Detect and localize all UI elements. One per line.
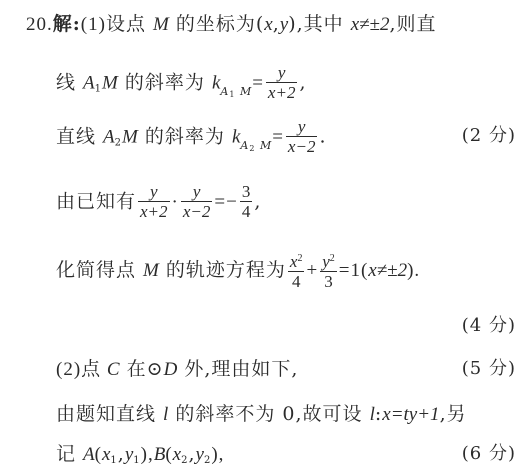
score-2: (2 分) bbox=[462, 124, 516, 148]
text: ),其中 bbox=[288, 13, 351, 35]
fraction-x2-4: x24 bbox=[288, 250, 305, 292]
text: 的坐标为( bbox=[169, 13, 264, 35]
paren: ( bbox=[165, 444, 172, 465]
sub-M: M bbox=[240, 85, 252, 98]
line-equation: x=ty+1 bbox=[382, 404, 439, 425]
comma: , bbox=[254, 191, 261, 213]
score-5: (5 分) bbox=[462, 357, 516, 381]
var-x: x bbox=[264, 14, 272, 35]
equals: = bbox=[272, 127, 284, 148]
var-M: M bbox=[153, 14, 169, 35]
close: ). bbox=[407, 260, 420, 281]
condition: x≠±2 bbox=[368, 260, 407, 281]
power: 2 bbox=[330, 253, 335, 264]
subscript: 1 bbox=[110, 455, 117, 466]
var-C: C bbox=[107, 359, 120, 380]
score-6: (6 分) bbox=[462, 442, 516, 466]
denominator: 3 bbox=[320, 272, 337, 292]
text: 的斜率不为 0,故可设 bbox=[168, 403, 369, 425]
text: 线 bbox=[56, 72, 83, 94]
var-A: A bbox=[103, 127, 115, 148]
var-M: M bbox=[122, 127, 138, 148]
sub-1: 1 bbox=[229, 90, 235, 99]
period: . bbox=[319, 126, 326, 148]
solution-label: 解 bbox=[53, 13, 73, 35]
fraction-3: 34 bbox=[240, 183, 253, 222]
var-x: x bbox=[173, 444, 181, 465]
text: (2)点 bbox=[56, 359, 107, 380]
var-M: M bbox=[102, 73, 118, 94]
text: 化简得点 bbox=[56, 259, 143, 281]
text: 外,理由如下, bbox=[177, 358, 298, 380]
line-3: 直线 A2M 的斜率为 kA2 M=yx−2. bbox=[56, 118, 327, 161]
fraction-y2-3: y23 bbox=[320, 250, 337, 292]
line-2: 线 A1M 的斜率为 kA1 M=yx+2, bbox=[56, 64, 307, 107]
fraction: yx−2 bbox=[286, 118, 318, 157]
var-D: D bbox=[164, 359, 178, 380]
power: 2 bbox=[297, 253, 302, 264]
var-M: M bbox=[143, 260, 159, 281]
text: 在⊙ bbox=[120, 358, 164, 380]
paren: ), bbox=[141, 444, 154, 465]
var-B: B bbox=[154, 444, 166, 465]
subscript: 1 bbox=[95, 84, 102, 95]
var-y: y bbox=[322, 252, 330, 271]
line-4: 由已知有yx+2·yx−2=−34, bbox=[56, 183, 261, 222]
numerator: y2 bbox=[320, 250, 337, 272]
var-A: A bbox=[83, 444, 95, 465]
line-9: 记 A(x1,y1),B(x2,y2), bbox=[56, 442, 224, 473]
line-7: (2)点 C 在⊙D 外,理由如下, bbox=[56, 357, 298, 382]
var-y: y bbox=[196, 444, 204, 465]
denominator: 4 bbox=[288, 272, 305, 292]
plus: + bbox=[306, 260, 318, 281]
numerator: y bbox=[266, 64, 298, 83]
line-5: 化简得点 M 的轨迹方程为x24+y23=1(x≠±2). bbox=[56, 250, 420, 292]
denominator: x+2 bbox=[138, 202, 170, 222]
text: 的斜率为 bbox=[118, 72, 212, 94]
numerator: y bbox=[286, 118, 318, 137]
denominator: 4 bbox=[240, 202, 253, 222]
paren: ( bbox=[95, 444, 102, 465]
text: ,则直 bbox=[389, 13, 436, 35]
text: 直线 bbox=[56, 126, 103, 148]
text: 由已知有 bbox=[56, 191, 136, 213]
text: 的轨迹方程为 bbox=[159, 259, 286, 281]
comma: , bbox=[118, 443, 125, 465]
text: 由题知直线 bbox=[56, 403, 163, 425]
score-4: (4 分) bbox=[462, 314, 516, 338]
comma: , bbox=[299, 72, 306, 94]
comma: , bbox=[188, 443, 195, 465]
sub-A: A bbox=[220, 85, 229, 98]
fraction-1: yx+2 bbox=[138, 183, 170, 222]
slope-subscript: A2 M bbox=[240, 139, 272, 152]
sub-A: A bbox=[240, 139, 249, 152]
var-y: y bbox=[280, 14, 288, 35]
denominator: x−2 bbox=[181, 202, 213, 222]
subscript: 2 bbox=[115, 138, 122, 149]
subscript: 1 bbox=[133, 455, 140, 466]
multiply-dot: · bbox=[172, 192, 179, 213]
condition: x≠±2 bbox=[351, 14, 390, 35]
part1-label: (1) bbox=[81, 14, 106, 35]
solution-colon: : bbox=[73, 13, 81, 35]
problem-number: 20. bbox=[26, 14, 53, 35]
numerator: 3 bbox=[240, 183, 253, 202]
var-A: A bbox=[83, 73, 95, 94]
numerator: x2 bbox=[288, 250, 305, 272]
numerator: y bbox=[181, 183, 213, 202]
denominator: x+2 bbox=[266, 83, 298, 103]
line-8: 由题知直线 l 的斜率不为 0,故可设 l:x=ty+1,另 bbox=[56, 402, 467, 427]
equals-minus: =− bbox=[214, 192, 237, 213]
text: 设点 bbox=[106, 13, 153, 35]
line-1: 20.解:(1)设点 M 的坐标为(x,y),其中 x≠±2,则直 bbox=[26, 12, 437, 37]
comma: , bbox=[273, 13, 280, 35]
slope-subscript: A1 M bbox=[220, 85, 252, 98]
rhs: =1( bbox=[339, 260, 369, 281]
text: 的斜率为 bbox=[138, 126, 232, 148]
sub-M: M bbox=[260, 139, 272, 152]
fraction: yx+2 bbox=[266, 64, 298, 103]
denominator: x−2 bbox=[286, 137, 318, 157]
numerator: y bbox=[138, 183, 170, 202]
paren: ), bbox=[211, 444, 224, 465]
text: 记 bbox=[56, 443, 83, 465]
fraction-2: yx−2 bbox=[181, 183, 213, 222]
equals: = bbox=[252, 73, 264, 94]
text: ,另 bbox=[440, 403, 467, 425]
sub-2: 2 bbox=[249, 144, 255, 153]
